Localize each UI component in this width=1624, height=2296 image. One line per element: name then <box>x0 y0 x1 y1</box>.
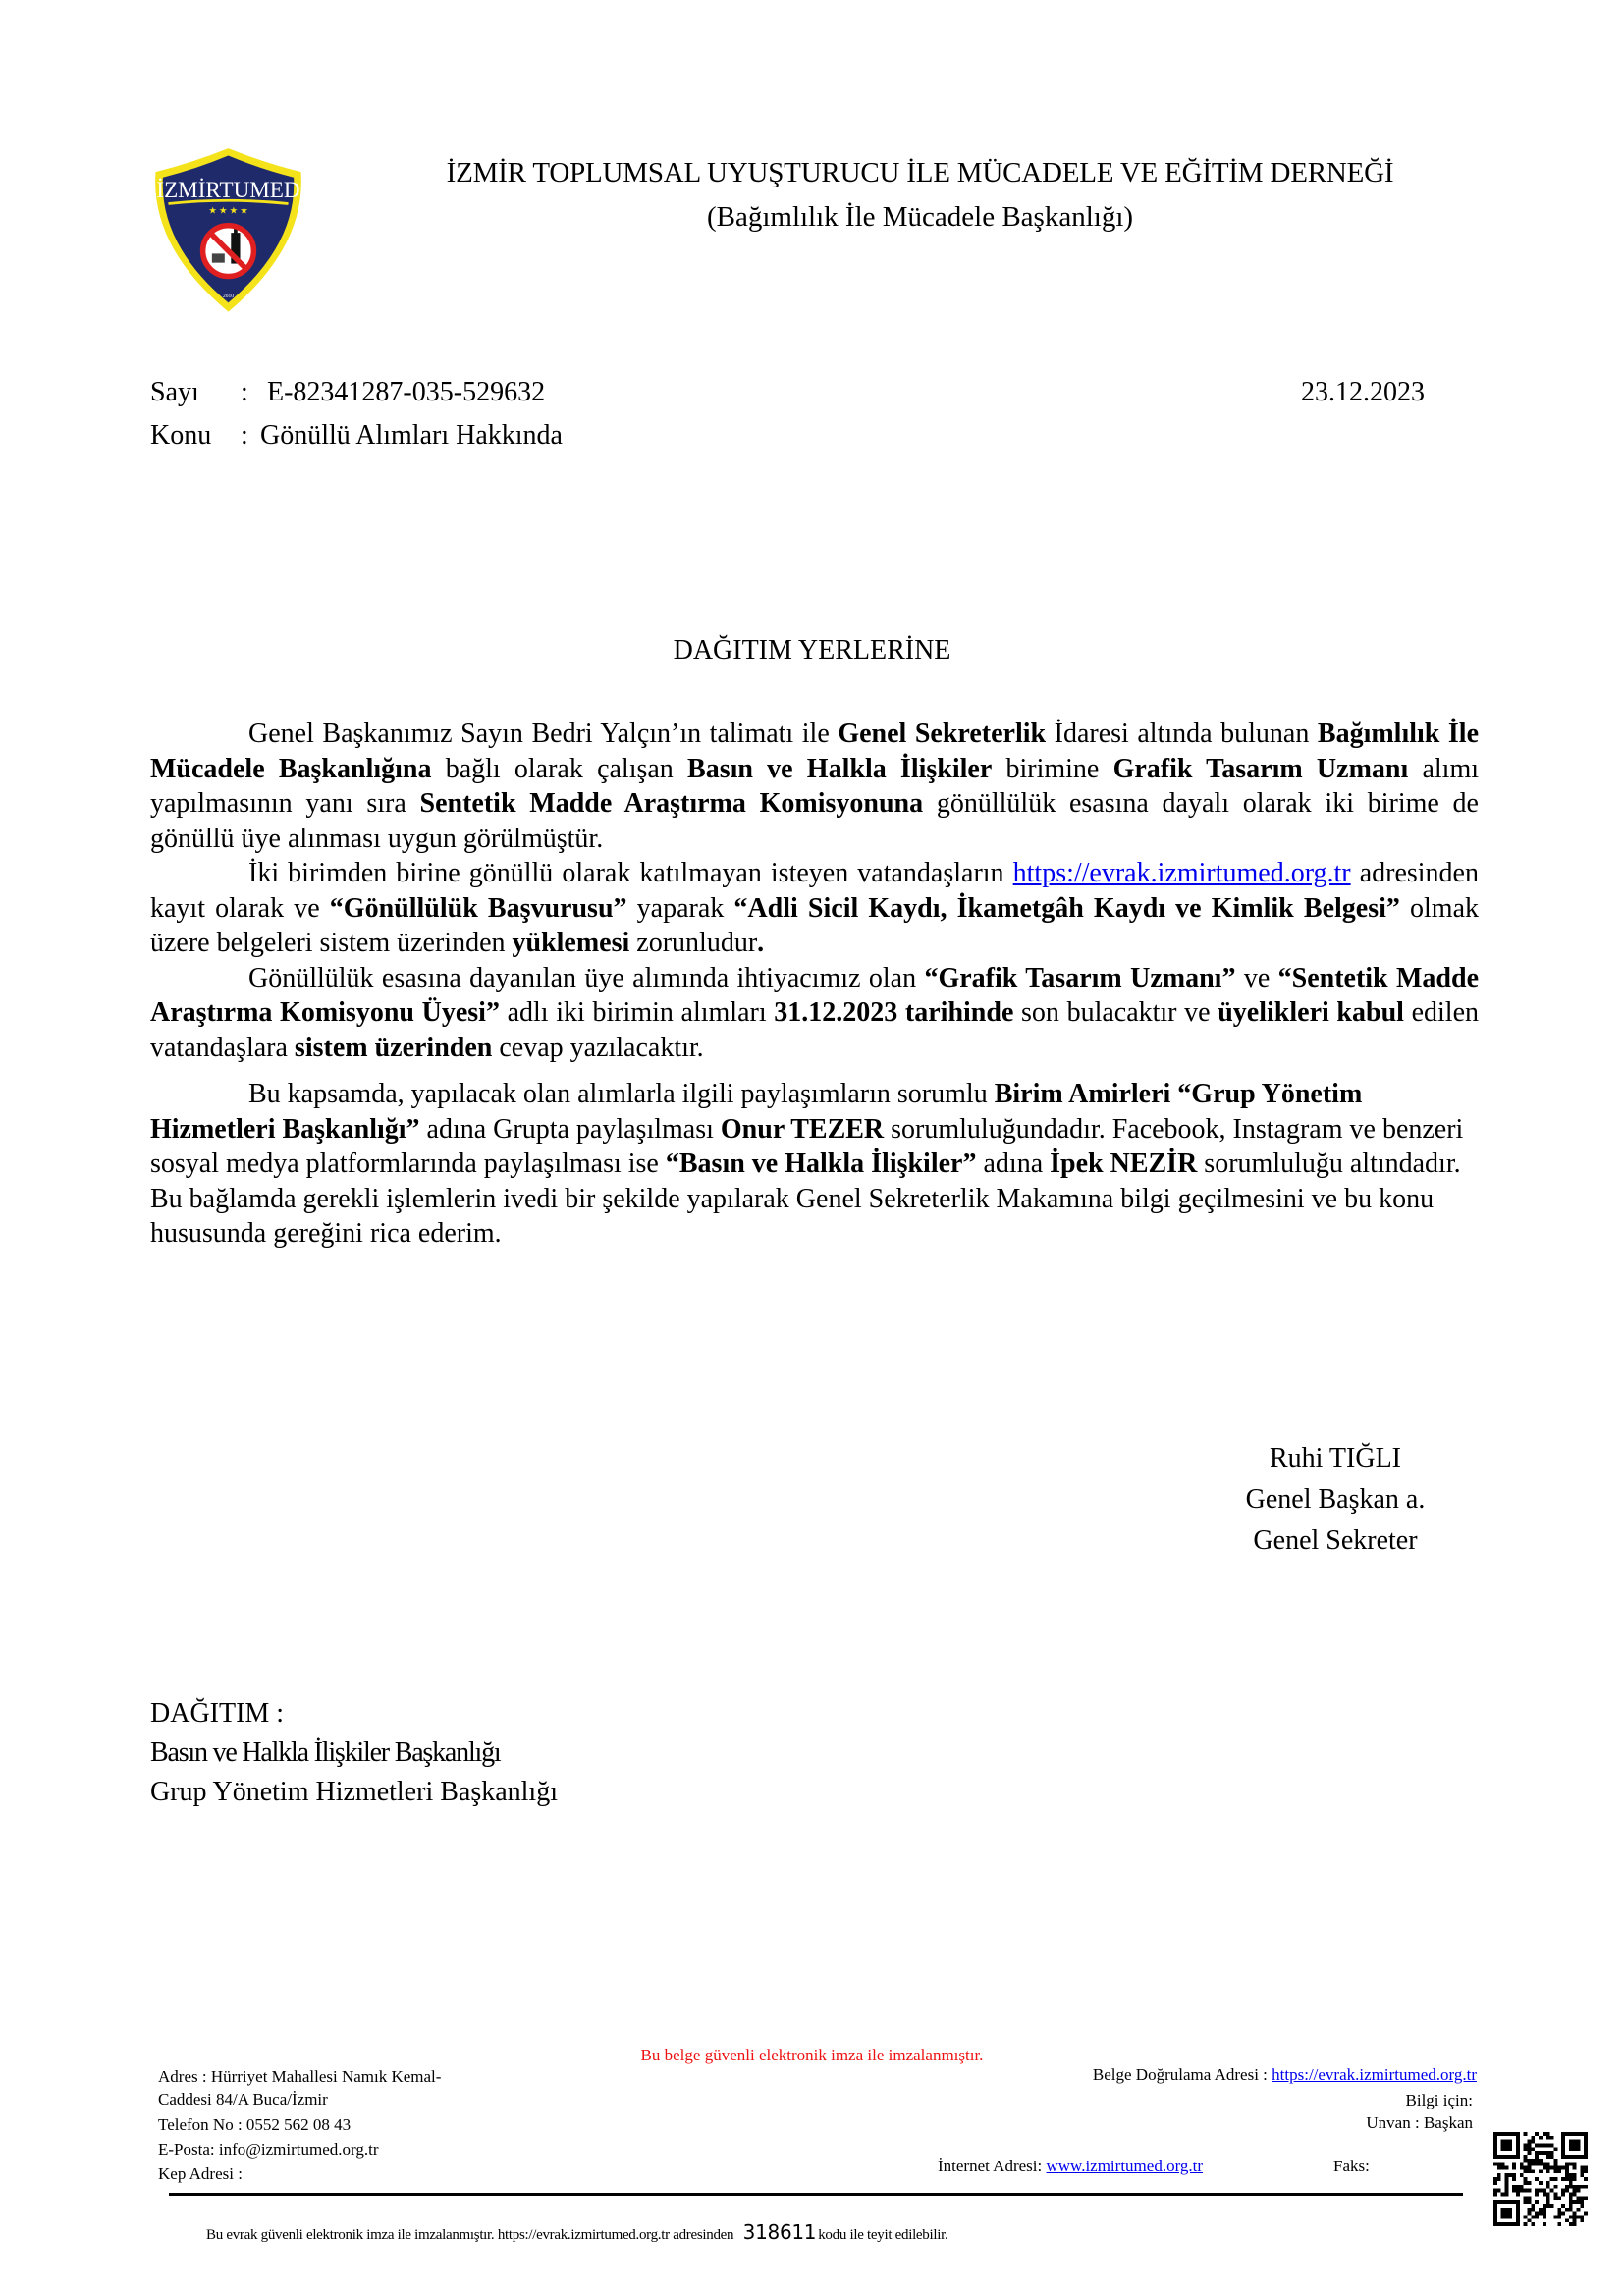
text: adlı iki birimin alımları <box>500 997 774 1028</box>
bold-text: “Grafik Tasarım Uzmanı” <box>924 963 1235 993</box>
verification-link[interactable]: https://evrak.izmirtumed.org.tr <box>1272 2065 1477 2084</box>
konu-separator: : <box>241 420 260 452</box>
bold-text: Onur TEZER <box>721 1114 884 1145</box>
signatory-title: Genel Başkan a. <box>1188 1479 1483 1521</box>
text: bağlı olarak çalışan <box>431 754 687 784</box>
paragraph-1: Genel Başkanımız Sayın Bedri Yalçın’ın t… <box>150 717 1479 856</box>
izmirtumed-shield-icon: İZMİRTUMED ★ ★ ★ ★ 2010 <box>137 137 319 319</box>
svg-text:★ ★ ★ ★: ★ ★ ★ ★ <box>208 207 247 217</box>
website-link[interactable]: www.izmirtumed.org.tr <box>1046 2157 1203 2175</box>
distribution-heading: DAĞITIM YERLERİNE <box>0 635 1624 667</box>
paragraph-3: Gönüllülük esasına dayanılan üye alımınd… <box>150 961 1479 1066</box>
internet-label: İnternet Adresi: <box>938 2157 1046 2175</box>
konu-value: Gönüllü Alımları Hakkında <box>260 420 563 451</box>
signatory-name: Ruhi TIĞLI <box>1188 1438 1483 1479</box>
paragraph-2: İki birimden birine gönüllü olarak katıl… <box>150 856 1479 961</box>
text: Genel Başkanımız Sayın Bedri Yalçın’ın t… <box>248 719 838 749</box>
contact-info: Adres : Hürriyet Mahallesi Namık Kemal- … <box>158 2065 441 2185</box>
internet-address: İnternet Adresi: www.izmirtumed.org.tr <box>938 2157 1203 2176</box>
info-label: Bilgi için: <box>1366 2089 1473 2111</box>
verification-code: 318611 <box>743 2220 817 2244</box>
distribution-label: DAĞITIM : <box>150 1694 558 1734</box>
bold-text: üyelikleri kabul <box>1218 997 1404 1028</box>
sayi-separator: : <box>241 377 260 408</box>
kep-address: Kep Adresi : <box>158 2163 441 2185</box>
document-subject: Konu:Gönüllü Alımları Hakkında <box>150 420 563 452</box>
qr-code-icon <box>1493 2132 1588 2226</box>
verification-label: Belge Doğrulama Adresi : <box>1093 2065 1272 2084</box>
signatory-position: Genel Sekreter <box>1188 1521 1483 1562</box>
bold-text: Genel Sekreterlik <box>838 719 1046 749</box>
text: son bulacaktır ve <box>1013 997 1218 1028</box>
bold-text: İpek NEZİR <box>1050 1148 1197 1179</box>
paragraph-4: Bu kapsamda, yapılacak olan alımlarla il… <box>150 1077 1479 1252</box>
letter-body: Genel Başkanımız Sayın Bedri Yalçın’ın t… <box>150 717 1479 1252</box>
phone: Telefon No : 0552 562 08 43 <box>158 2113 441 2136</box>
document-number: Sayı: E-82341287-035-529632 <box>150 377 545 408</box>
bold-text: Sentetik Madde Araştırma Komisyonuna <box>420 788 924 819</box>
bold-text: . <box>757 928 764 958</box>
distribution-list: DAĞITIM : Basın ve Halkla İlişkiler Başk… <box>150 1694 558 1812</box>
footer-divider <box>169 2193 1463 2196</box>
konu-label: Konu <box>150 420 241 452</box>
text: yaparak <box>627 893 734 924</box>
application-link[interactable]: https://evrak.izmirtumed.org.tr <box>1013 858 1351 888</box>
bold-text: “Basın ve Halkla İlişkiler” <box>666 1148 977 1179</box>
distribution-item: Basın ve Halkla İlişkiler Başkanlığı <box>150 1734 558 1773</box>
text: ve <box>1235 963 1277 993</box>
address-line-2: Caddesi 84/A Buca/İzmir <box>158 2088 441 2110</box>
text: adına <box>976 1148 1050 1179</box>
organization-name: İZMİR TOPLUMSAL UYUŞTURUCU İLE MÜCADELE … <box>365 157 1475 189</box>
email: E-Posta: info@izmirtumed.org.tr <box>158 2138 441 2161</box>
bold-text: “Adli Sicil Kaydı, İkametgâh Kaydı ve Ki… <box>733 893 1399 924</box>
svg-text:2010: 2010 <box>223 294 234 299</box>
verification-address: Belge Doğrulama Adresi : https://evrak.i… <box>1093 2065 1477 2085</box>
sayi-value: E-82341287-035-529632 <box>267 377 545 407</box>
bold-text: “Gönüllülük Başvurusu” <box>330 893 627 924</box>
text: Bu kapsamda, yapılacak olan alımlarla il… <box>248 1079 995 1109</box>
bold-text: sistem üzerinden <box>295 1033 492 1063</box>
sayi-label: Sayı <box>150 377 241 408</box>
text: Gönüllülük esasına dayanılan üye alımınd… <box>248 963 924 993</box>
bold-text: Grafik Tasarım Uzmanı <box>1113 754 1409 784</box>
organization-logo: İZMİRTUMED ★ ★ ★ ★ 2010 <box>137 137 319 319</box>
department-name: (Bağımlılık İle Mücadele Başkanlığı) <box>365 201 1475 234</box>
text: zorunludur <box>629 928 757 958</box>
text: adına Grupta paylaşılması <box>420 1114 721 1145</box>
esign-notice: Bu belge güvenli elektronik imza ile imz… <box>0 2046 1624 2065</box>
text: birimine <box>992 754 1112 784</box>
fax-label: Faks: <box>1333 2157 1370 2176</box>
verification-note-suffix: kodu ile teyit edilebilir. <box>818 2227 947 2243</box>
bold-text: Basın ve Halkla İlişkiler <box>687 754 992 784</box>
document-date: 23.12.2023 <box>1301 377 1425 408</box>
info-block: Bilgi için: Unvan : Başkan <box>1366 2089 1473 2134</box>
text: İdaresi altında bulunan <box>1046 719 1318 749</box>
distribution-item: Grup Yönetim Hizmetleri Başkanlığı <box>150 1773 558 1812</box>
text: İki birimden birine gönüllü olarak katıl… <box>248 858 1013 888</box>
title-label: Unvan : Başkan <box>1366 2111 1473 2134</box>
address-line-1: Adres : Hürriyet Mahallesi Namık Kemal- <box>158 2065 441 2088</box>
signature-block: Ruhi TIĞLI Genel Başkan a. Genel Sekrete… <box>1188 1438 1483 1562</box>
bold-text: yüklemesi <box>513 928 630 958</box>
bold-text: 31.12.2023 tarihinde <box>774 997 1013 1028</box>
verification-note-text: Bu evrak güvenli elektronik imza ile imz… <box>206 2227 737 2243</box>
text: cevap yazılacaktır. <box>492 1033 703 1063</box>
verification-note: Bu evrak güvenli elektronik imza ile imz… <box>206 2220 947 2244</box>
